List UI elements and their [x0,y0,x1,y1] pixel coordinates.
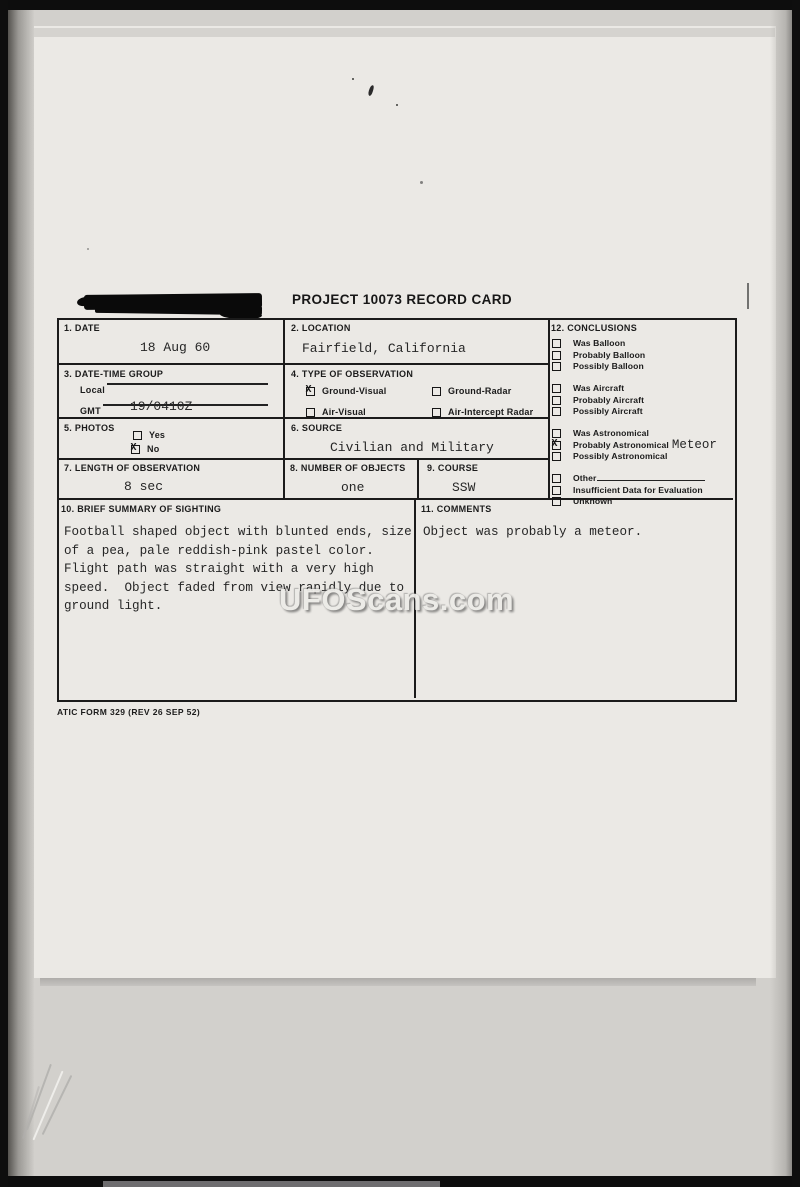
checkbox-label: Possibly Balloon [573,361,644,371]
grid-line [57,363,550,365]
grid-line [417,458,419,500]
checkbox-box [432,408,441,417]
checkbox-box [432,387,441,396]
checkbox-label: Yes [149,430,165,440]
conclusion-annotation: Meteor [672,438,717,452]
conclusion-item-was-balloon: Was Balloon [552,338,734,349]
conclusion-item-unknown: Unknown [552,496,734,507]
field-label-type-of-observation: 4. TYPE OF OBSERVATION [291,369,413,379]
checkbox-label: Unknown [573,496,612,506]
scanner-frame-right [792,0,800,1187]
watermark: UFOScans.com [279,582,514,618]
checkbox-air-intercept-radar: Air-Intercept Radar [432,407,533,417]
field-label-comments: 11. COMMENTS [421,504,492,514]
page-right-shade [770,10,792,1176]
conclusion-item-possibly-balloon: Possibly Balloon [552,361,734,372]
conclusion-item-other: Other [552,473,734,484]
ink-speck [87,248,89,250]
checkbox-box [552,362,561,371]
field-value-source: Civilian and Military [330,440,494,455]
checkbox-box [552,384,561,393]
scratch-mark [747,283,749,309]
checkbox-mark: X [552,438,558,449]
checkbox-label: Air-Intercept Radar [448,407,533,417]
field-label-location: 2. LOCATION [291,323,351,333]
checkbox-label: Probably Astronomical [573,440,669,450]
field-value-number-of-objects: one [341,480,364,495]
checkbox-label: No [147,444,159,454]
page-title: PROJECT 10073 RECORD CARD [292,292,512,307]
field-value-location: Fairfield, California [302,341,466,356]
checkbox-label: Probably Balloon [573,350,645,360]
checkbox-label: Possibly Astronomical [573,451,667,461]
scanner-frame-left [0,0,8,1187]
fiber-scratch [32,1071,63,1141]
checkbox-label: Was Astronomical [573,428,649,438]
field-label-course: 9. COURSE [427,463,478,473]
summary-line: Flight path was straight with a very hig… [64,560,416,579]
conclusion-item-probably-balloon: Probably Balloon [552,350,734,361]
checkbox-box [552,429,561,438]
checkbox-box: X [552,441,561,450]
checkbox-box [552,396,561,405]
checkbox-box [552,351,561,360]
field-label-photos: 5. PHOTOS [64,423,115,433]
field-value-gmt: 19/0410Z [130,399,192,414]
grid-line [57,458,550,460]
grid-line [283,318,285,500]
summary-line: of a pea, pale reddish-pink pastel color… [64,542,416,561]
checkbox-photos-no: X No [131,444,159,454]
checkbox-box [552,339,561,348]
scanned-document-page: PROJECT 10073 RECORD CARD 1. DATE 18 Aug… [0,0,800,1187]
checkbox-box [552,452,561,461]
checkbox-label: Ground-Visual [322,386,386,396]
field-label-conclusions: 12. CONCLUSIONS [551,323,637,333]
field-label-number-of-objects: 8. NUMBER OF OBJECTS [290,463,406,473]
checkbox-label: Other [573,473,596,483]
ink-speck [420,181,423,184]
scanner-frame-top [0,0,800,10]
checkbox-label: Ground-Radar [448,386,511,396]
checkbox-label: Probably Aircraft [573,395,644,405]
field-value-length-of-observation: 8 sec [124,479,163,494]
checkbox-box [306,408,315,417]
field-value-comments: Object was probably a meteor. [423,525,642,539]
checkbox-air-visual: Air-Visual [306,407,366,417]
ink-speck [352,78,354,80]
checkbox-box [552,486,561,495]
checkbox-box [552,407,561,416]
field-label-gmt: GMT [80,406,101,416]
checkbox-box: X [131,445,140,454]
conclusions-list: Was Balloon Probably Balloon Possibly Ba… [552,338,734,508]
scanner-frame-inset [103,1181,440,1187]
checkbox-label: Air-Visual [322,407,366,417]
conclusion-item-possibly-astronomical: Possibly Astronomical [552,451,734,462]
checkbox-label: Was Balloon [573,338,625,348]
local-entry-line [107,383,268,385]
summary-line: Football shaped object with blunted ends… [64,523,416,542]
field-label-local: Local [80,385,105,395]
checkbox-label: Was Aircraft [573,383,624,393]
ink-speck [396,104,398,106]
conclusion-item-insufficient-data: Insufficient Data for Evaluation [552,485,734,496]
checkbox-label: Insufficient Data for Evaluation [573,485,703,495]
checkbox-box [133,431,142,440]
page-left-shade [8,10,34,1176]
scan-streak [25,28,775,37]
field-value-course: SSW [452,480,475,495]
page-edge-shadow [40,978,756,986]
checkbox-box [552,497,561,506]
conclusion-item-was-aircraft: Was Aircraft [552,383,734,394]
checkbox-mark: X [131,442,137,453]
conclusion-item-probably-aircraft: Probably Aircraft [552,395,734,406]
checkbox-ground-visual: X Ground-Visual [306,386,386,396]
grid-line [57,417,550,419]
checkbox-mark: X [306,384,312,395]
checkbox-box [552,474,561,483]
grid-line [548,318,550,500]
field-label-brief-summary: 10. BRIEF SUMMARY OF SIGHTING [61,504,221,514]
field-label-date-time-group: 3. DATE-TIME GROUP [64,369,163,379]
checkbox-box: X [306,387,315,396]
conclusion-item-probably-astronomical: X Probably Astronomical Meteor [552,440,734,451]
checkbox-ground-radar: Ground-Radar [432,386,511,396]
conclusion-item-possibly-aircraft: Possibly Aircraft [552,406,734,417]
field-label-date: 1. DATE [64,323,100,333]
field-value-date: 18 Aug 60 [140,340,210,355]
checkbox-label: Possibly Aircraft [573,406,643,416]
form-number: ATIC FORM 329 (REV 26 SEP 52) [57,707,200,717]
checkbox-photos-yes: Yes [133,430,165,440]
field-label-length-of-observation: 7. LENGTH OF OBSERVATION [64,463,200,473]
other-entry-line [597,473,705,481]
field-label-source: 6. SOURCE [291,423,342,433]
